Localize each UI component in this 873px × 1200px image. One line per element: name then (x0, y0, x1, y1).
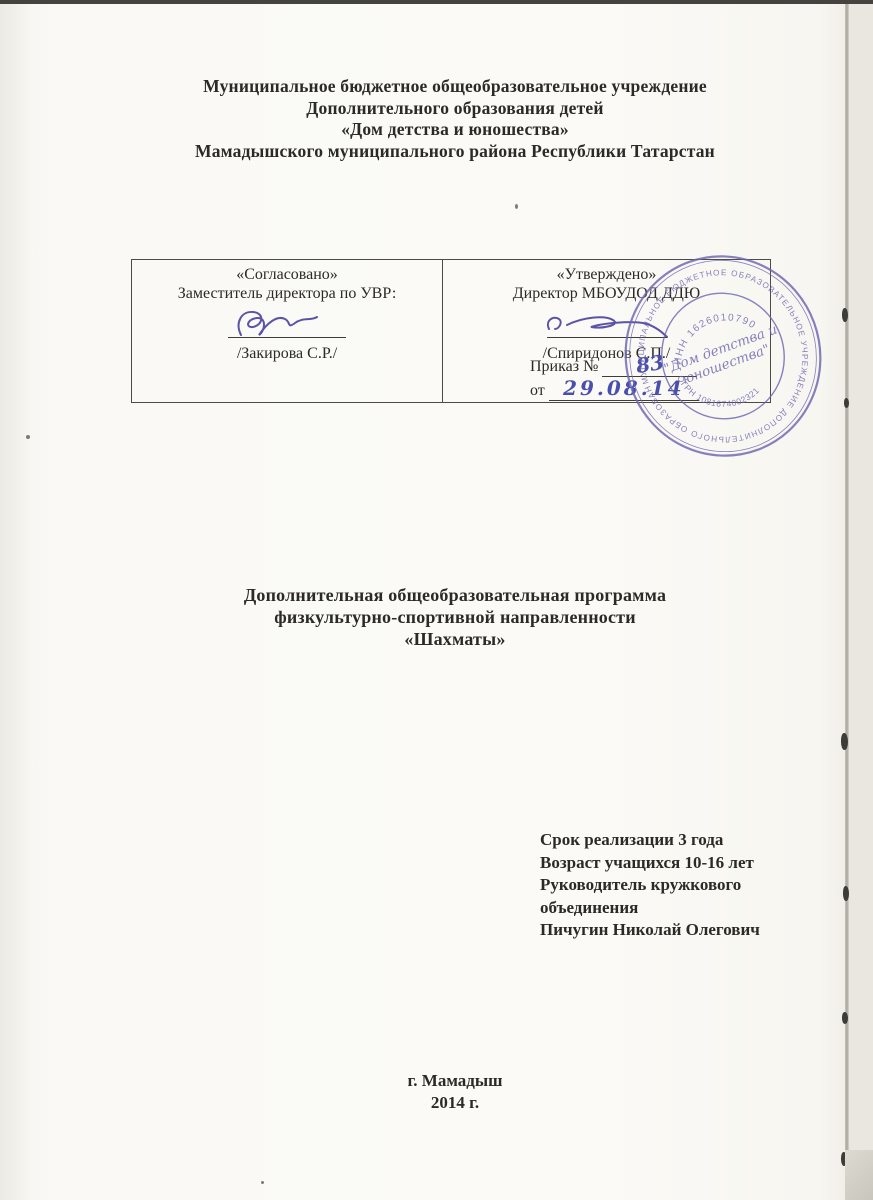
details-duration: Срок реализации 3 года (540, 829, 830, 852)
signature-spiridonov (543, 307, 673, 345)
program-title: Дополнительная общеобразовательная прогр… (64, 584, 846, 650)
details-age: Возраст учащихся 10-16 лет (540, 852, 830, 875)
institution-header: Муниципальное бюджетное общеобразователь… (64, 76, 846, 162)
approved-signature-line (547, 337, 667, 338)
agreed-title: «Согласовано» (132, 266, 442, 284)
signature-zakirova (227, 305, 337, 347)
footer-year: 2014 г. (64, 1092, 846, 1114)
scan-artifact (844, 398, 849, 408)
date-label: от (530, 382, 545, 399)
program-details: Срок реализации 3 года Возраст учащихся … (540, 829, 830, 942)
order-number-row: Приказ № 83 (530, 352, 697, 377)
date-line: 29.08.14 (549, 376, 699, 401)
scan-top-edge (0, 0, 873, 4)
footer: г. Мамадыш 2014 г. (64, 1070, 846, 1114)
agreed-role: Заместитель директора по УВР: (132, 285, 442, 303)
header-line-4: Мамадышского муниципального района Респу… (64, 141, 846, 163)
approved-role: Директор МБОУДОД ДДЮ (443, 285, 770, 303)
scan-artifact (841, 733, 848, 750)
details-leader-name: Пичугин Николай Олегович (540, 919, 830, 942)
scan-speck (261, 1181, 264, 1184)
footer-city: г. Мамадыш (64, 1070, 846, 1092)
scan-left-noise (0, 4, 34, 1200)
approved-title: «Утверждено» (443, 266, 770, 284)
title-line-2: физкультурно-спортивной направленности (64, 606, 846, 628)
details-leader-role-2: объединения (540, 897, 830, 920)
agreed-signature-line (228, 337, 346, 338)
title-line-1: Дополнительная общеобразовательная прогр… (64, 584, 846, 606)
approved-signature-area (443, 303, 770, 343)
order-number-line: 83 (602, 352, 697, 377)
order-label: Приказ № (530, 358, 598, 375)
header-line-2: Дополнительного образования детей (64, 98, 846, 120)
agreed-cell: «Согласовано» Заместитель директора по У… (132, 260, 443, 402)
approval-table: «Согласовано» Заместитель директора по У… (131, 259, 771, 403)
scan-artifact (843, 886, 849, 901)
agreed-signature-area (132, 303, 442, 343)
scan-artifact (842, 308, 848, 322)
scan-speck (26, 435, 30, 439)
scanned-document-page: { "document": { "header": { "lines": [ "… (0, 0, 873, 1200)
details-leader-role-1: Руководитель кружкового (540, 874, 830, 897)
date-handwritten: 29.08.14 (563, 376, 684, 400)
title-line-3: «Шахматы» (64, 628, 846, 650)
order-date-row: от 29.08.14 (530, 376, 699, 401)
header-line-3: «Дом детства и юношества» (64, 119, 846, 141)
order-number-handwritten: 83 (634, 350, 665, 378)
scan-artifact (842, 1012, 848, 1024)
scan-speck (515, 204, 518, 209)
agreed-name: /Закирова С.Р./ (132, 345, 442, 363)
scan-corner-shade (845, 1150, 873, 1200)
header-line-1: Муниципальное бюджетное общеобразователь… (64, 76, 846, 98)
